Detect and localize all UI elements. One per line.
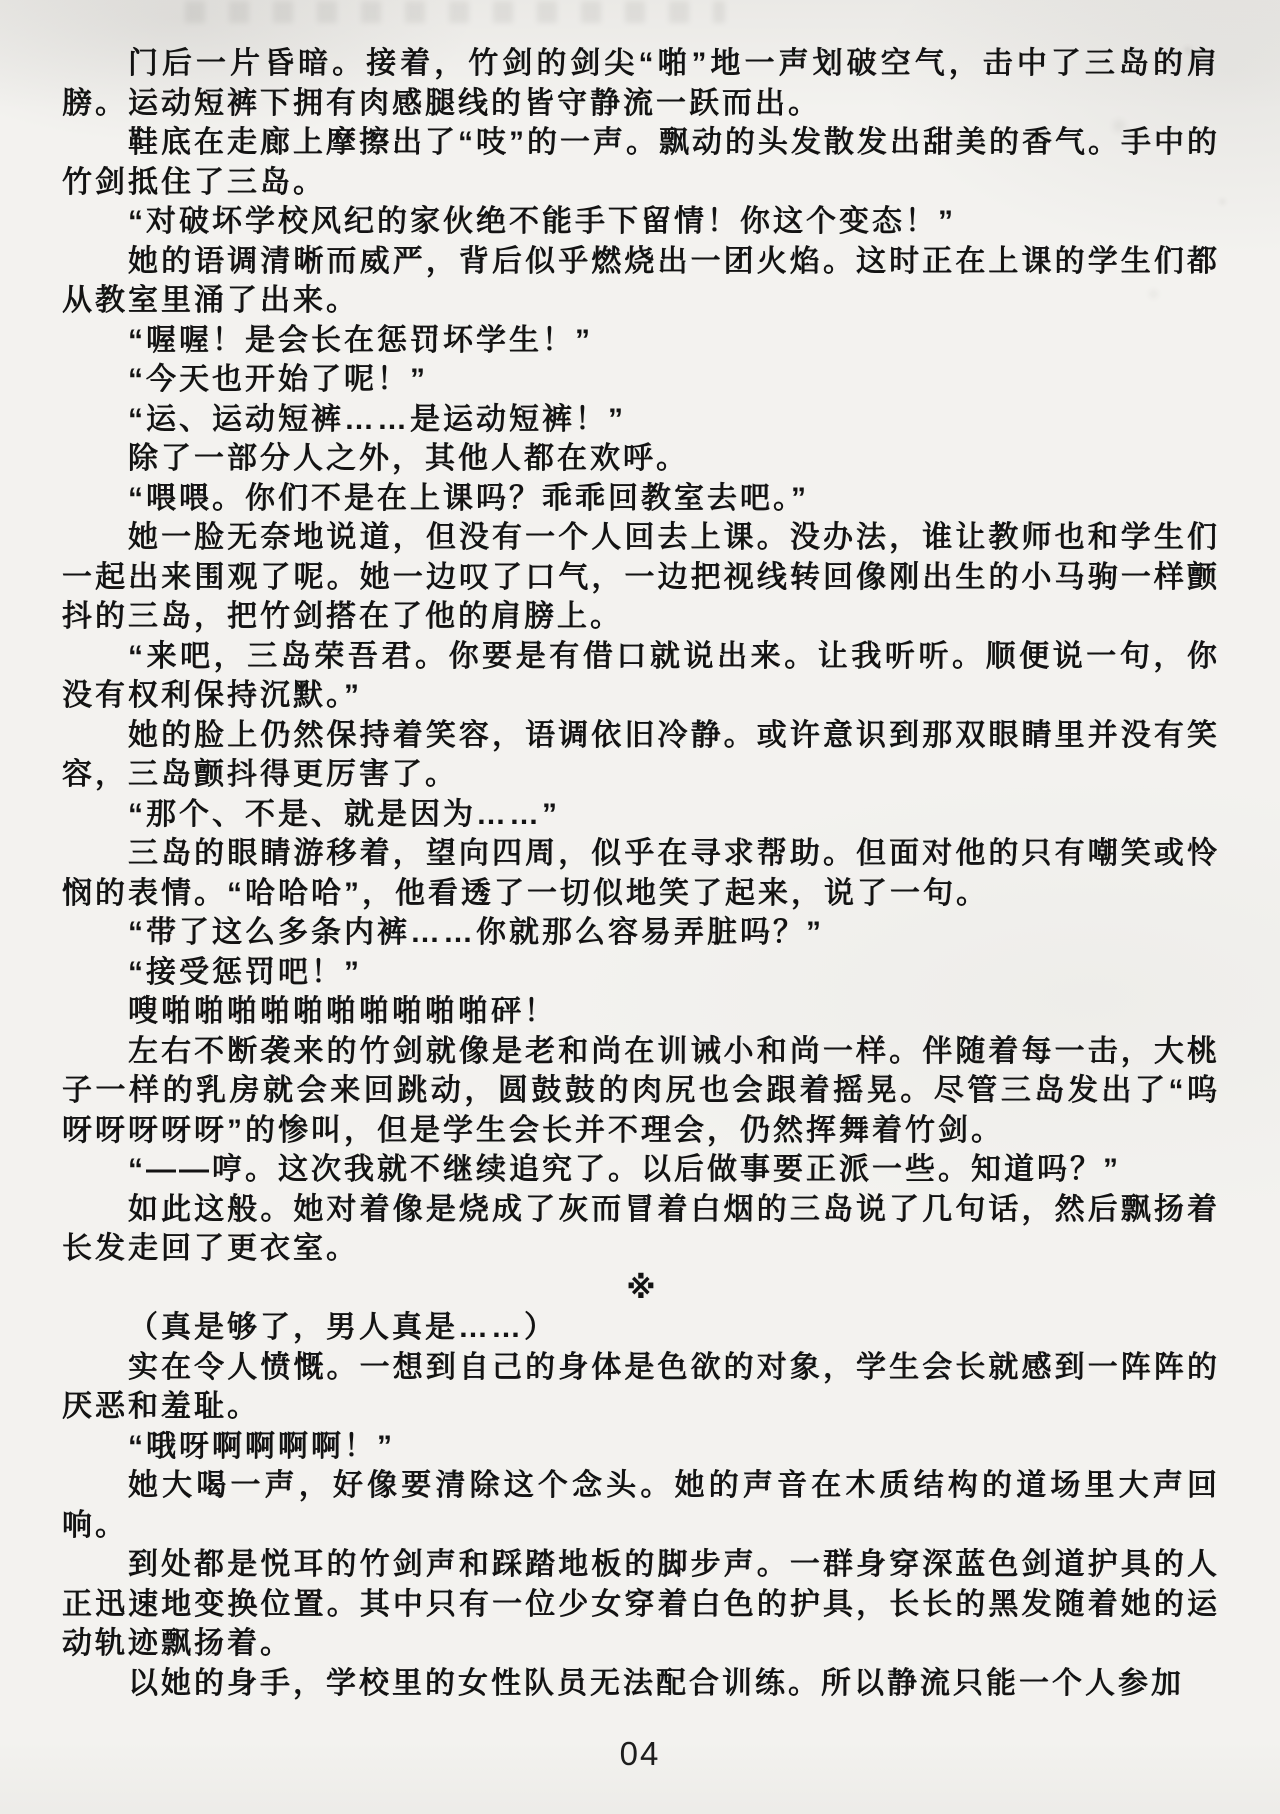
paragraph: 到处都是悦耳的竹剑声和踩踏地板的脚步声。一群身穿深蓝色剑道护具的人正迅速地变换位… xyxy=(62,1545,1220,1664)
paragraph: 鞋底在走廊上摩擦出了“吱”的一声。飘动的头发散发出甜美的香气。手中的竹剑抵住了三… xyxy=(62,123,1220,202)
paragraph: 她大喝一声，好像要清除这个念头。她的声音在木质结构的道场里大声回响。 xyxy=(62,1466,1220,1545)
bleed-through-artifact xyxy=(185,1,725,23)
paragraph: 除了一部分人之外，其他人都在欢呼。 xyxy=(62,439,1220,479)
paragraph: “——哼。这次我就不继续追究了。以后做事要正派一些。知道吗？” xyxy=(62,1150,1220,1190)
paragraph: “喂喂。你们不是在上课吗？乖乖回教室去吧。” xyxy=(62,479,1220,519)
paragraph: “带了这么多条内裤……你就那么容易弄脏吗？” xyxy=(62,913,1220,953)
page-number: 04 xyxy=(0,1735,1280,1773)
paragraph: “哦呀啊啊啊啊！” xyxy=(62,1427,1220,1467)
paragraph: “接受惩罚吧！” xyxy=(62,953,1220,993)
paragraph: 三岛的眼睛游移着，望向四周，似乎在寻求帮助。但面对他的只有嘲笑或怜悯的表情。“哈… xyxy=(62,834,1220,913)
paragraph: 她一脸无奈地说道，但没有一个人回去上课。没办法，谁让教师也和学生们一起出来围观了… xyxy=(62,518,1220,637)
paragraph: 如此这般。她对着像是烧成了灰而冒着白烟的三岛说了几句话，然后飘扬着长发走回了更衣… xyxy=(62,1190,1220,1269)
paragraph: 她的语调清晰而威严，背后似乎燃烧出一团火焰。这时正在上课的学生们都从教室里涌了出… xyxy=(62,242,1220,321)
page-body: 门后一片昏暗。接着，竹剑的剑尖“啪”地一声划破空气，击中了三岛的肩膀。运动短裤下… xyxy=(62,44,1220,1703)
paragraph: 嗖啪啪啪啪啪啪啪啪啪啪砰！ xyxy=(62,992,1220,1032)
section-divider: ※ xyxy=(62,1269,1220,1309)
paragraph: 实在令人愤慨。一想到自己的身体是色欲的对象，学生会长就感到一阵阵的厌恶和羞耻。 xyxy=(62,1348,1220,1427)
paragraph: （真是够了，男人真是……） xyxy=(62,1308,1220,1348)
paragraph: 她的脸上仍然保持着笑容，语调依旧冷静。或许意识到那双眼睛里并没有笑容，三岛颤抖得… xyxy=(62,716,1220,795)
paragraph: “来吧，三岛荣吾君。你要是有借口就说出来。让我听听。顺便说一句，你没有权利保持沉… xyxy=(62,637,1220,716)
paragraph: “今天也开始了呢！” xyxy=(62,360,1220,400)
paragraph: 左右不断袭来的竹剑就像是老和尚在训诫小和尚一样。伴随着每一击，大桃子一样的乳房就… xyxy=(62,1032,1220,1151)
paragraph: 以她的身手，学校里的女性队员无法配合训练。所以静流只能一个人参加 xyxy=(62,1664,1220,1704)
paragraph: “对破坏学校风纪的家伙绝不能手下留情！你这个变态！” xyxy=(62,202,1220,242)
paragraph: “运、运动短裤……是运动短裤！” xyxy=(62,400,1220,440)
paragraph: “那个、不是、就是因为……” xyxy=(62,795,1220,835)
paragraph: “喔喔！是会长在惩罚坏学生！” xyxy=(62,321,1220,361)
paragraph: 门后一片昏暗。接着，竹剑的剑尖“啪”地一声划破空气，击中了三岛的肩膀。运动短裤下… xyxy=(62,44,1220,123)
scanned-page: 门后一片昏暗。接着，竹剑的剑尖“啪”地一声划破空气，击中了三岛的肩膀。运动短裤下… xyxy=(0,0,1280,1814)
